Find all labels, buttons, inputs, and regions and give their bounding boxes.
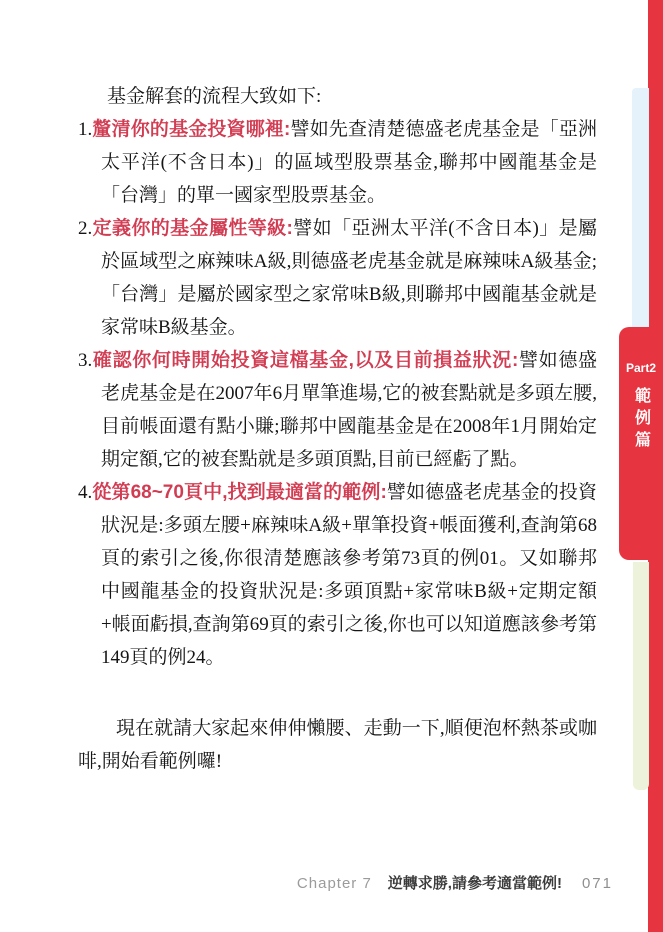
- list-item: 1.釐清你的基金投資哪裡:譬如先查清楚德盛老虎基金是「亞洲太平洋(不含日本)」的…: [78, 113, 597, 212]
- part-tab-title: 範例篇: [630, 387, 653, 453]
- chapter-title: 逆轉求勝,請參考適當範例!: [388, 872, 562, 893]
- book-page: { "content": { "intro": "基金解套的流程大致如下:", …: [0, 0, 663, 932]
- list-item: 4.從第68~70頁中,找到最適當的範例:譬如德盛老虎基金的投資狀況是:多頭左腰…: [78, 476, 597, 674]
- closing-paragraph: 現在就請大家起來伸伸懶腰、走動一下,順便泡杯熱茶或咖啡,開始看範例囉!: [78, 712, 597, 778]
- item-heading: 從第68~70頁中,找到最適當的範例:: [92, 482, 387, 503]
- page-content: 基金解套的流程大致如下: 1.釐清你的基金投資哪裡:譬如先查清楚德盛老虎基金是「…: [78, 80, 597, 778]
- item-body: 譬如德盛老虎基金的投資狀況是:多頭左腰+麻辣味A級+單筆投資+帳面獲利,查詢第6…: [101, 482, 597, 668]
- item-number: 4.: [78, 482, 92, 503]
- decor-strip-blue: [632, 88, 649, 328]
- item-heading: 確認你何時開始投資這檔基金,以及目前損益狀況:: [92, 350, 518, 371]
- page-number: 071: [582, 875, 613, 892]
- item-number: 1.: [78, 119, 92, 140]
- list-item: 2.定義你的基金屬性等級:譬如「亞洲太平洋(不含日本)」是屬於區域型之麻辣味A級…: [78, 212, 597, 344]
- item-number: 2.: [78, 218, 92, 239]
- list-item: 3.確認你何時開始投資這檔基金,以及目前損益狀況:譬如德盛老虎基金是在2007年…: [78, 344, 597, 476]
- item-heading: 釐清你的基金投資哪裡:: [92, 119, 290, 140]
- intro-line: 基金解套的流程大致如下:: [78, 80, 597, 113]
- part-tab-label: Part2: [619, 361, 663, 375]
- item-number: 3.: [78, 350, 92, 371]
- item-heading: 定義你的基金屬性等級:: [92, 218, 293, 239]
- decor-strip-green: [633, 562, 649, 790]
- part-tab: Part2 範例篇: [619, 327, 663, 560]
- chapter-label: Chapter 7: [297, 875, 372, 892]
- page-footer: Chapter 7 逆轉求勝,請參考適當範例! 071: [297, 872, 613, 893]
